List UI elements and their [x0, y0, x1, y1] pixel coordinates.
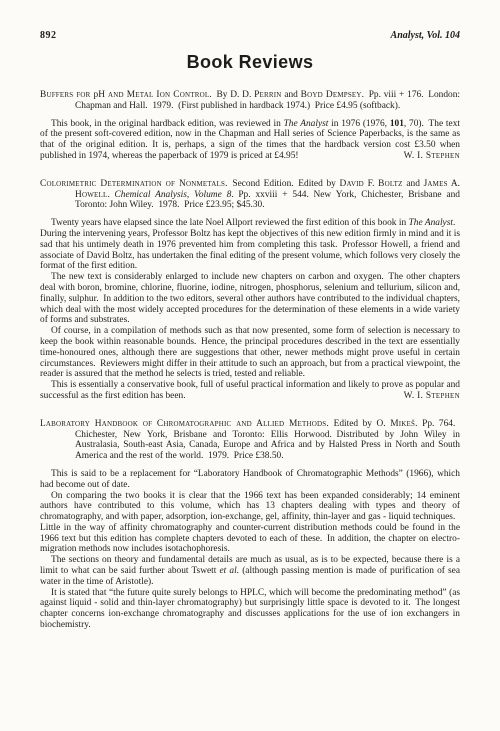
review-buffers: Buffers for pH and Metal Ion Control. By…: [40, 90, 460, 162]
review-colorimetric: Colorimetric Determination of Nonmetals.…: [40, 179, 460, 402]
review-chromatographic: Laboratory Handbook of Chromatographic a…: [40, 419, 460, 631]
journal-reference: Analyst, Vol. 104: [391, 30, 460, 41]
review-paragraph: On comparing the two books it is clear t…: [40, 491, 460, 556]
page-title: Book Reviews: [40, 52, 460, 73]
journal-page: 892 Analyst, Vol. 104 Book Reviews Buffe…: [0, 0, 500, 731]
book-citation: Laboratory Handbook of Chromatographic a…: [40, 419, 460, 462]
review-paragraph: Twenty years have elapsed since the late…: [40, 218, 460, 272]
review-paragraph: It is stated that “the future quite sure…: [40, 588, 460, 631]
book-citation: Buffers for pH and Metal Ion Control. By…: [40, 90, 460, 112]
review-paragraph: The new text is considerably enlarged to…: [40, 272, 460, 326]
review-paragraph: Of course, in a compilation of methods s…: [40, 326, 460, 380]
book-citation: Colorimetric Determination of Nonmetals.…: [40, 179, 460, 211]
review-paragraph: The sections on theory and fundamental d…: [40, 555, 460, 587]
review-paragraph: This is said to be a replacement for “La…: [40, 469, 460, 491]
page-number: 892: [40, 30, 57, 41]
page-header: 892 Analyst, Vol. 104: [40, 30, 460, 41]
